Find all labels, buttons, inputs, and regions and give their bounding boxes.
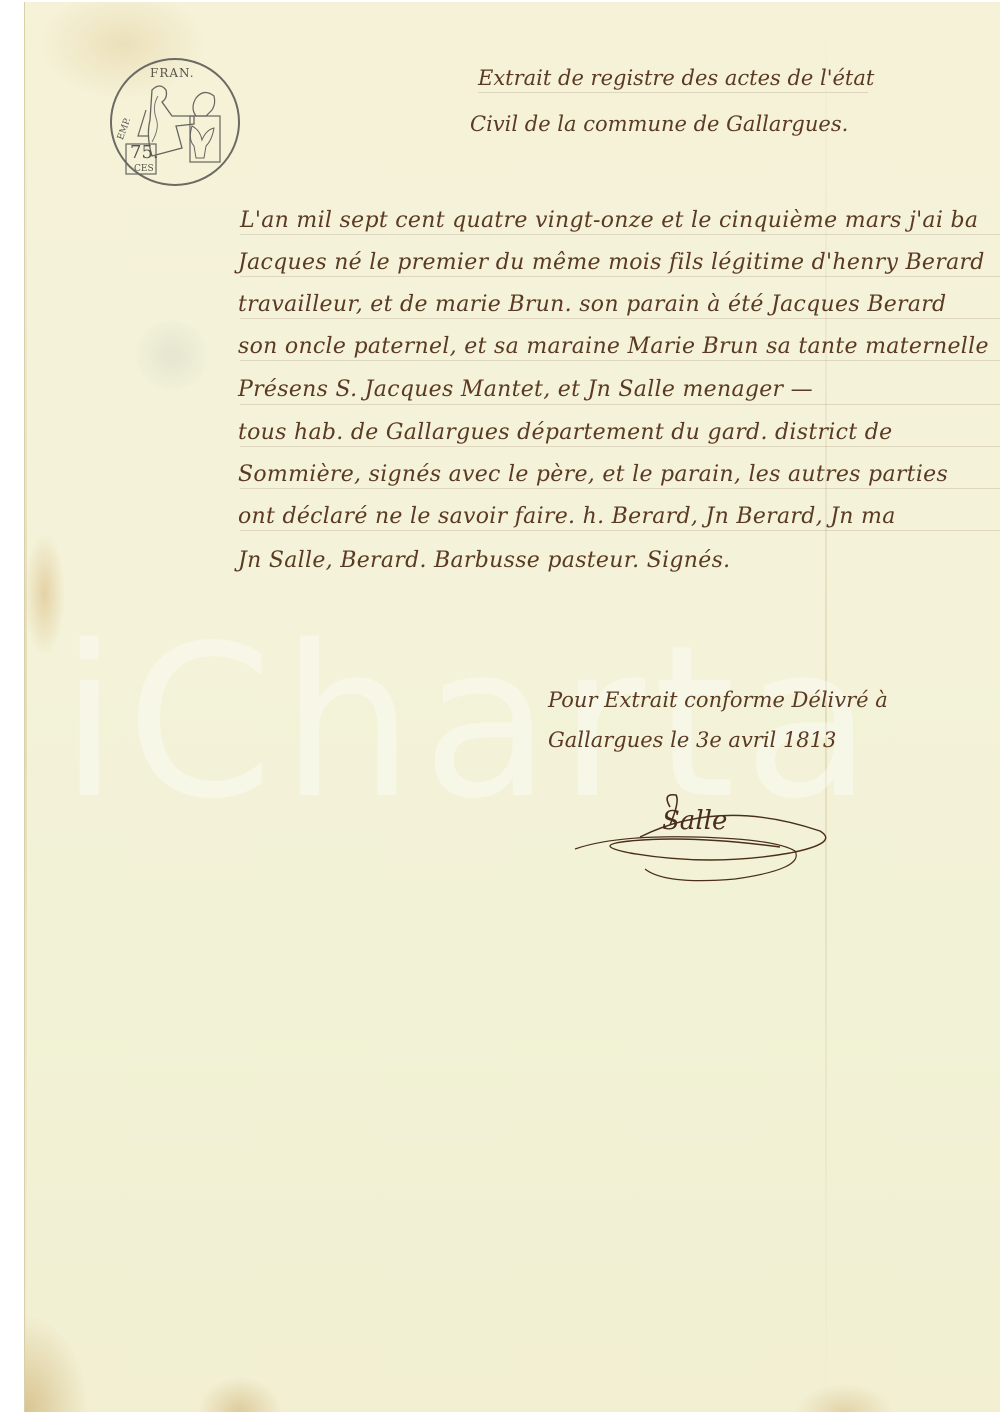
body-line-7: Sommière, signés avec le père, et le par… [238,462,948,487]
body-line-2: Jacques né le premier du même mois fils … [238,250,985,275]
stamp-unit: CES [134,164,154,174]
ruled-line [240,234,1000,235]
body-line-9: Jn Salle, Berard. Barbusse pasteur. Sign… [238,548,730,573]
ruled-line [240,318,1000,319]
page-edge-fold [25,2,27,1412]
closing-line-1: Pour Extrait conforme Délivré à [548,688,888,712]
ruled-line [240,530,1000,531]
faint-embossed-seal [132,320,212,390]
ruled-line [240,488,1000,489]
header-line-2: Civil de la commune de Gallargues. [470,112,848,136]
header-line-1: Extrait de registre des actes de l'état [478,66,874,90]
ruled-line [240,276,1000,277]
signature: Salle [570,785,840,885]
ruled-line [240,360,1000,361]
stamp-value: 75. [130,142,159,163]
stamp-top-text: FRAN. [150,66,195,80]
ruled-line [240,446,1000,447]
body-line-5: Présens S. Jacques Mantet, et Jn Salle m… [238,377,813,402]
header-rule-1 [478,92,868,93]
closing-line-2: Gallargues le 3e avril 1813 [548,728,836,752]
body-line-1: L'an mil sept cent quatre vingt-onze et … [240,208,978,233]
body-line-3: travailleur, et de marie Brun. son parai… [238,292,946,317]
signature-flourish-icon: Salle [570,785,840,885]
svg-text:Salle: Salle [662,806,727,836]
body-line-8: ont déclaré ne le savoir faire. h. Berar… [238,504,896,529]
ruled-line [240,404,1000,405]
tax-stamp-seal: FRAN. EMP. 75. CES [110,58,240,186]
body-line-4: son oncle paternel, et sa maraine Marie … [238,334,989,359]
body-line-6: tous hab. de Gallargues département du g… [238,420,892,445]
